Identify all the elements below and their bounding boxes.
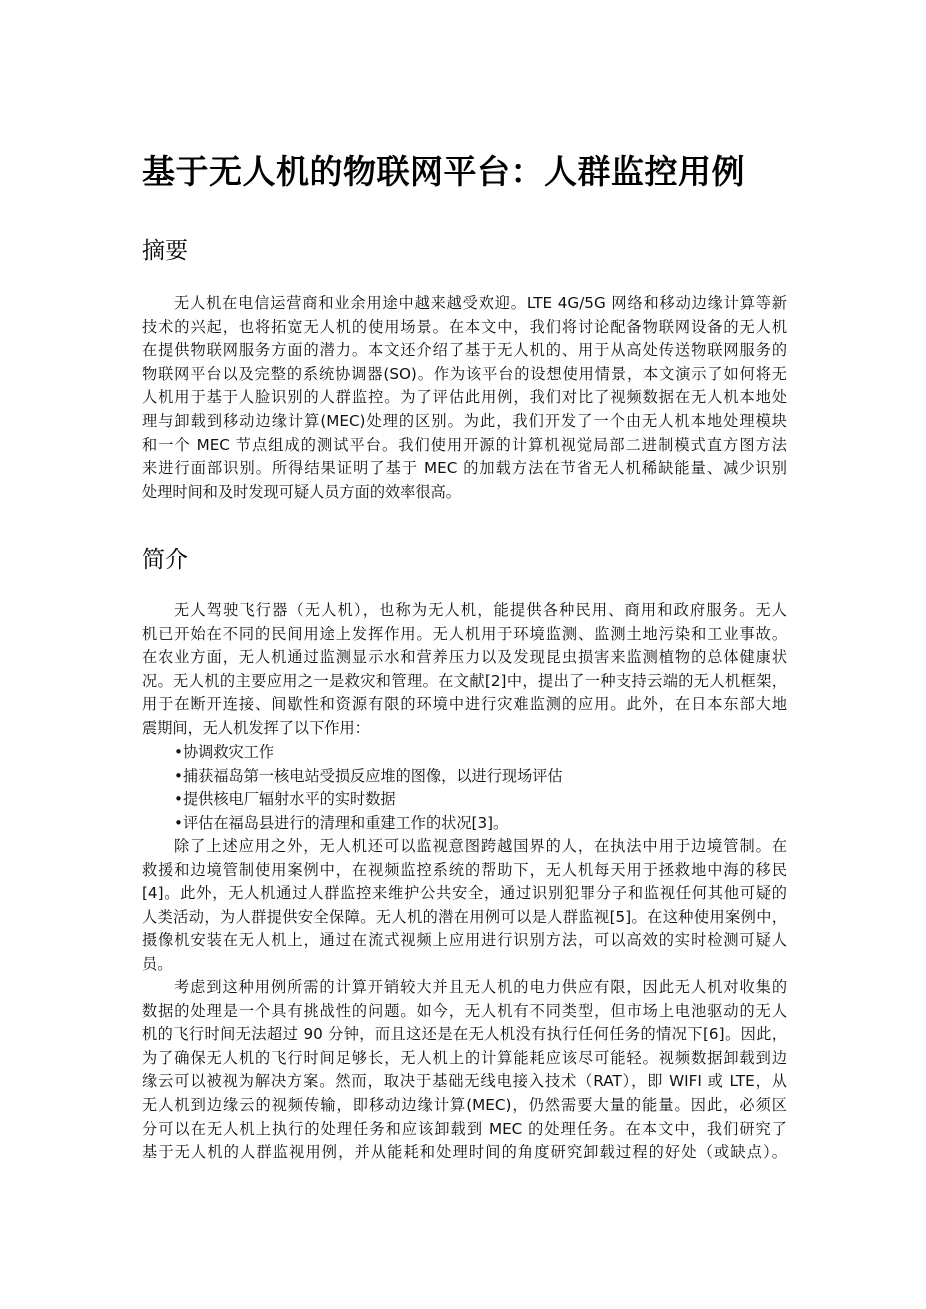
text-line: 基于无人机的人群监视用例，并从能耗和处理时间的角度研究卸载过程的好处（或缺点）。 (142, 1141, 787, 1165)
text-line: 物联网平台以及完整的系统协调器(SO)。作为该平台的设想使用情景，本文演示了如何… (142, 363, 787, 387)
text-line: 考虑到这种用例所需的计算开销较大并且无人机的电力供应有限，因此无人机对收集的 (142, 976, 787, 1000)
text-line: 人机用于基于人脸识别的人群监控。为了评估此用例，我们对比了视频数据在无人机本地处 (142, 386, 787, 410)
bullet-list: •协调救灾工作 •捕获福岛第一核电站受损反应堆的图像，以进行现场评估 •提供核电… (142, 741, 787, 835)
intro-paragraph-2: 除了上述应用之外，无人机还可以监视意图跨越国界的人，在执法中用于边境管制。在 救… (142, 835, 787, 977)
text-line: 摄像机安装在无人机上，通过在流式视频上应用进行识别方法，可以高效的实时检测可疑人 (142, 929, 787, 953)
text-line: 数据的处理是一个具有挑战性的问题。如今，无人机有不同类型，但市场上电池驱动的无人 (142, 1000, 787, 1024)
bullet-item: •捕获福岛第一核电站受损反应堆的图像，以进行现场评估 (142, 765, 787, 789)
text-line: 和一个 MEC 节点组成的测试平台。我们使用开源的计算机视觉局部二进制模式直方图… (142, 434, 787, 458)
text-line: 无人机到边缘云的视频传输，即移动边缘计算(MEC)，仍然需要大量的能量。因此，必… (142, 1094, 787, 1118)
text-line: 用于在断开连接、间歇性和资源有限的环境中进行灾难监测的应用。此外，在日本东部大地 (142, 693, 787, 717)
document-title: 基于无人机的物联网平台：人群监控用例 (142, 146, 745, 193)
text-line: 在农业方面，无人机通过监测显示水和营养压力以及发现昆虫损害来监测植物的总体健康状 (142, 646, 787, 670)
bullet-item: •评估在福岛县进行的清理和重建工作的状况[3]。 (142, 812, 787, 836)
text-line: 来进行面部识别。所得结果证明了基于 MEC 的加载方法在节省无人机稀缺能量、减少… (142, 457, 787, 481)
intro-paragraph-1: 无人驾驶飞行器（无人机），也称为无人机，能提供各种民用、商用和政府服务。无人 机… (142, 599, 787, 741)
bullet-item: •协调救灾工作 (142, 741, 787, 765)
section-heading-introduction: 简介 (142, 541, 188, 574)
text-line: 无人驾驶飞行器（无人机），也称为无人机，能提供各种民用、商用和政府服务。无人 (142, 599, 787, 623)
intro-paragraph-3: 考虑到这种用例所需的计算开销较大并且无人机的电力供应有限，因此无人机对收集的 数… (142, 976, 787, 1165)
text-line: 机的飞行时间无法超过 90 分钟，而且这还是在无人机没有执行任何任务的情况下[6… (142, 1023, 787, 1047)
text-line: 震期间，无人机发挥了以下作用： (142, 717, 787, 741)
text-line: 况。无人机的主要应用之一是救灾和管理。在文献[2]中，提出了一种支持云端的无人机… (142, 670, 787, 694)
text-line: 员。 (142, 953, 787, 977)
section-heading-abstract: 摘要 (142, 232, 188, 265)
text-line: [4]。此外，无人机通过人群监控来维护公共安全，通过识别犯罪分子和监视任何其他可… (142, 882, 787, 906)
text-line: 缘云可以被视为解决方案。然而，取决于基础无线电接入技术（RAT），即 WIFI … (142, 1070, 787, 1094)
text-line: 人类活动，为人群提供安全保障。无人机的潜在用例可以是人群监视[5]。在这种使用案… (142, 906, 787, 930)
bullet-item: •提供核电厂辐射水平的实时数据 (142, 788, 787, 812)
text-line: 分可以在无人机上执行的处理任务和应该卸载到 MEC 的处理任务。在本文中，我们研… (142, 1118, 787, 1142)
text-line: 除了上述应用之外，无人机还可以监视意图跨越国界的人，在执法中用于边境管制。在 (142, 835, 787, 859)
text-line: 理与卸载到移动边缘计算(MEC)处理的区别。为此，我们开发了一个由无人机本地处理… (142, 410, 787, 434)
abstract-paragraph: 无人机在电信运营商和业余用途中越来越受欢迎。LTE 4G/5G 网络和移动边缘计… (142, 292, 787, 504)
text-line: 救援和边境管制使用案例中，在视频监控系统的帮助下，无人机每天用于拯救地中海的移民 (142, 859, 787, 883)
text-line: 无人机在电信运营商和业余用途中越来越受欢迎。LTE 4G/5G 网络和移动边缘计… (142, 292, 787, 316)
text-line: 在提供物联网服务方面的潜力。本文还介绍了基于无人机的、用于从高处传送物联网服务的 (142, 339, 787, 363)
text-line: 机已开始在不同的民间用途上发挥作用。无人机用于环境监测、监测土地污染和工业事故。 (142, 623, 787, 647)
text-line: 为了确保无人机的飞行时间足够长，无人机上的计算能耗应该尽可能轻。视频数据卸载到边 (142, 1047, 787, 1071)
text-line: 处理时间和及时发现可疑人员方面的效率很高。 (142, 481, 787, 505)
text-line: 技术的兴起，也将拓宽无人机的使用场景。在本文中，我们将讨论配备物联网设备的无人机 (142, 316, 787, 340)
